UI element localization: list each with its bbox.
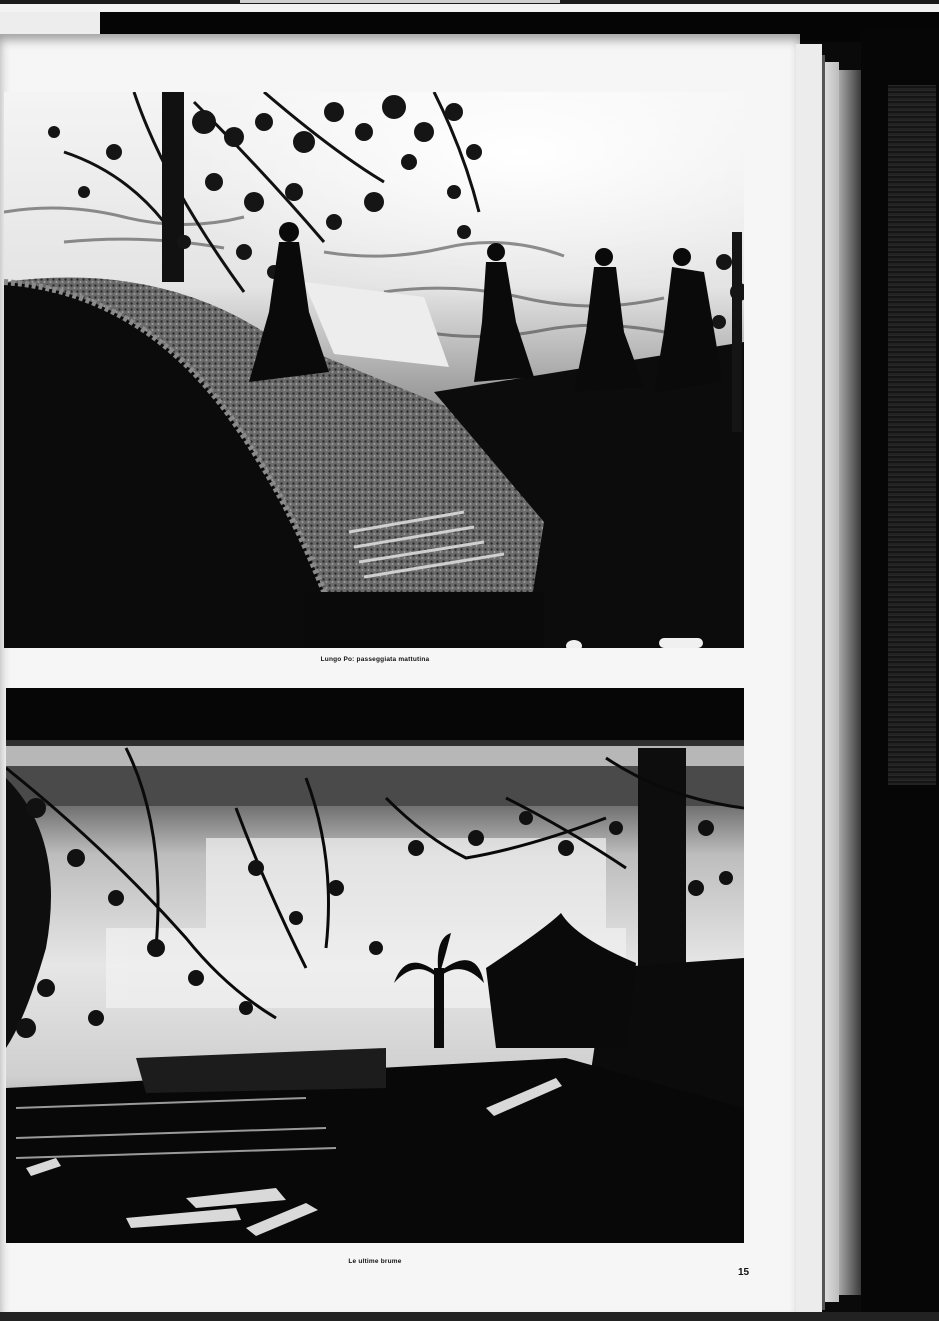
page-edge: [796, 44, 822, 1314]
photo-caption-top: Lungo Po: passeggiata mattutina: [0, 656, 750, 663]
page-number: 15: [738, 1267, 749, 1278]
photo-caption-bottom: Le ultime brume: [0, 1258, 750, 1265]
photo-riverside-walk-image: [4, 92, 744, 648]
photo-riverside-walk: [4, 92, 744, 648]
scan-top-highlight: [240, 0, 560, 3]
page-stack: [825, 62, 839, 1302]
photo-last-mists-image: [6, 688, 744, 1243]
photo-last-mists: [6, 688, 744, 1243]
previous-page-corner: [0, 12, 100, 36]
book-cover-texture: [888, 85, 936, 785]
page-stack-shadow: [839, 70, 861, 1295]
scan-bottom-edge: [0, 1312, 939, 1321]
